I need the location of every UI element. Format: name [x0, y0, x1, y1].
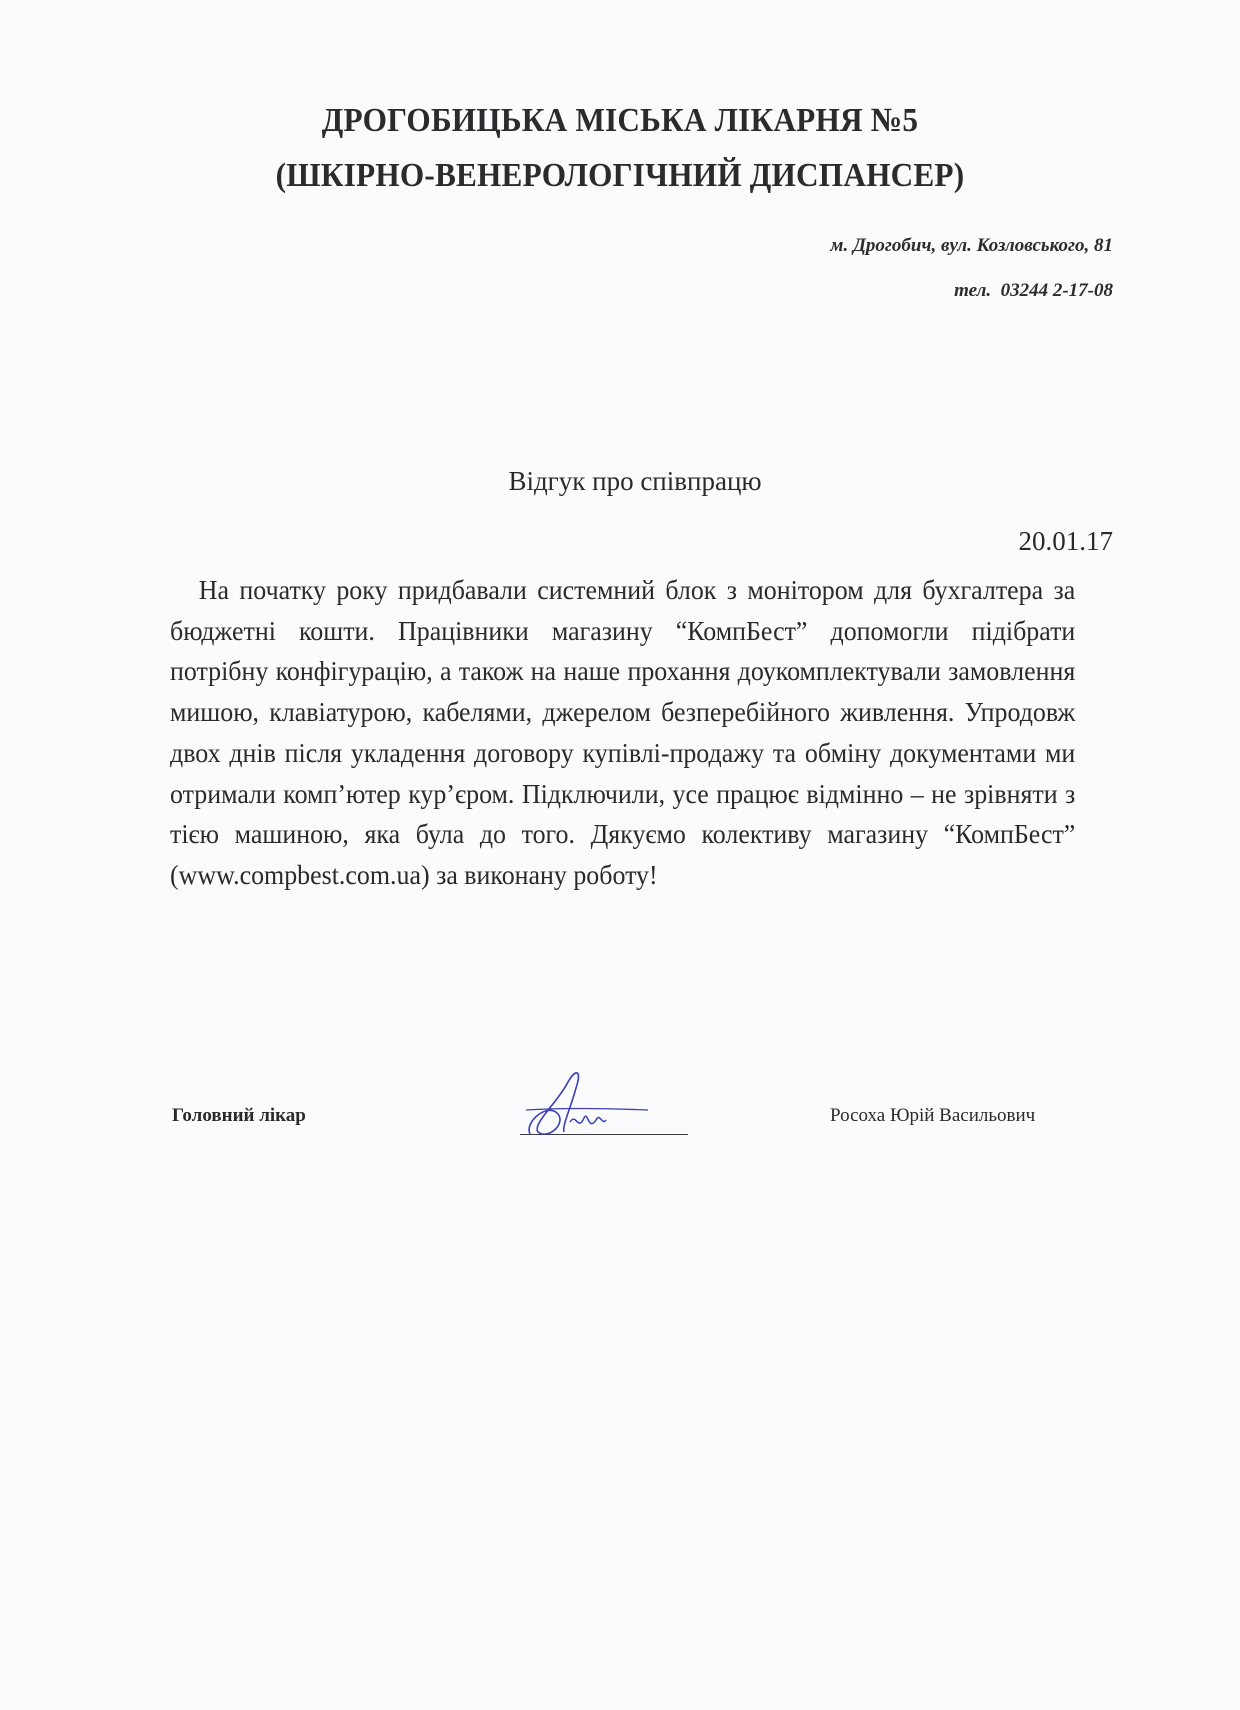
letterhead-title-line2: (ШКІРНО-ВЕНЕРОЛОГІЧНИЙ ДИСПАНСЕР): [50, 157, 1191, 195]
document-heading: Відгук про співпрацю: [0, 466, 1240, 497]
letterhead-address: м. Дрогобич, вул. Козловського, 81: [830, 235, 1113, 257]
signatory-position: Головний лікар: [172, 1105, 306, 1127]
handwritten-signature-icon: [518, 1062, 658, 1142]
document-body: На початку року придбавали системний бло…: [170, 570, 1075, 896]
letterhead-phone: тел. 03244 2-17-08: [954, 280, 1113, 302]
letterhead-title-line1: ДРОГОБИЦЬКА МІСЬКА ЛІКАРНЯ №5: [50, 102, 1191, 140]
signatory-name: Росоха Юрій Васильович: [830, 1105, 1035, 1127]
document-date: 20.01.17: [1019, 526, 1114, 557]
